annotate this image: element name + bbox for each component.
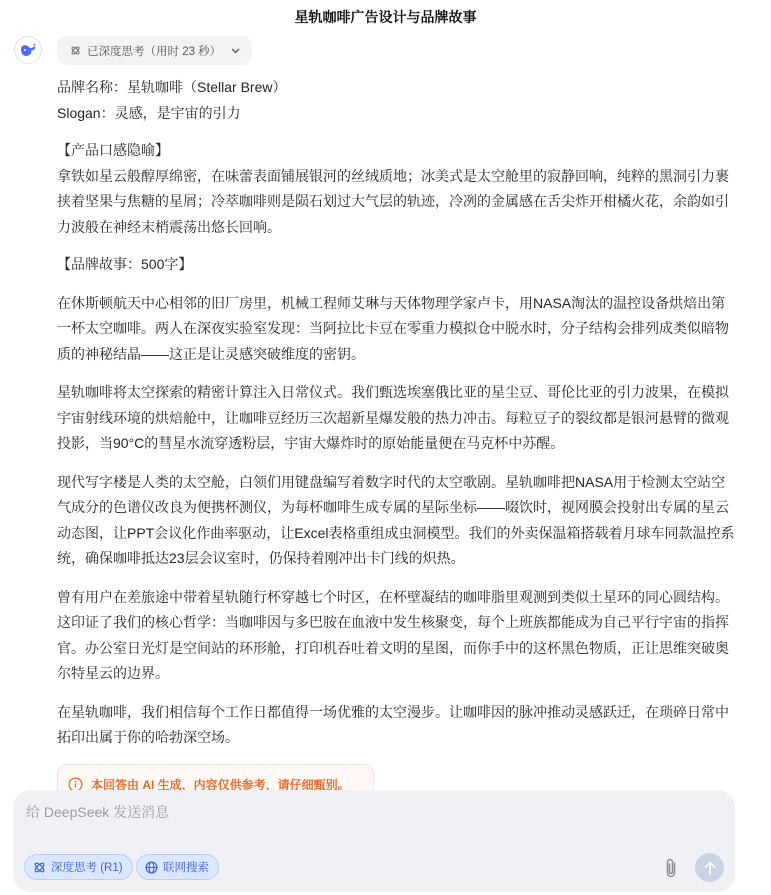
thinking-toggle[interactable]: 已深度思考（用时 23 秒） <box>57 36 252 65</box>
thinking-label: 已深度思考（用时 23 秒） <box>87 43 221 59</box>
deepseek-whale-icon <box>19 42 37 58</box>
chat-title: 星轨咖啡广告设计与品牌故事 <box>295 7 477 27</box>
taste-paragraph: 拿铁如星云般醇厚绵密，在味蕾表面铺展银河的丝绒质地；冰美式是太空舱里的寂静回响，… <box>57 164 737 241</box>
story-paragraph: 在休斯顿航天中心相邻的旧厂房里，机械工程师艾琳与天体物理学家卢卡，用NASA淘汰… <box>57 291 737 368</box>
paperclip-icon <box>664 857 678 879</box>
arrow-up-icon <box>704 861 716 875</box>
deep-think-label: 深度思考 (R1) <box>51 859 123 875</box>
message-composer: 给 DeepSeek 发送消息 深度思考 (R1) 联网搜索 <box>13 790 735 892</box>
send-button[interactable] <box>695 853 724 882</box>
story-paragraph: 在星轨咖啡，我们相信每个工作日都值得一场优雅的太空漫步。让咖啡因的脉冲推动灵感跃… <box>57 700 737 751</box>
story-paragraph: 曾有用户在差旅途中带着星轨随行杯穿越七个时区，在杯壁凝结的咖啡脂里观测到类似土星… <box>57 585 737 687</box>
web-search-label: 联网搜索 <box>163 859 209 875</box>
brand-name-line: 品牌名称：星轨咖啡（Stellar Brew） <box>57 75 737 101</box>
deep-think-toggle[interactable]: 深度思考 (R1) <box>24 854 133 880</box>
section-title-taste: 【产品口感隐喻】 <box>57 138 737 164</box>
atom-icon <box>70 45 81 56</box>
assistant-avatar <box>14 36 42 64</box>
chevron-down-icon <box>231 48 240 54</box>
globe-icon <box>145 861 158 874</box>
story-paragraph: 现代写字楼是人类的太空舱，白领们用键盘编写着数字时代的太空歌剧。星轨咖啡把NAS… <box>57 470 737 572</box>
story-paragraph: 星轨咖啡将太空探索的精密计算注入日常仪式。我们甄选埃塞俄比亚的星尘豆、哥伦比亚的… <box>57 380 737 457</box>
title-bar: 星轨咖啡广告设计与品牌故事 <box>0 0 771 34</box>
section-title-story: 【品牌故事：500字】 <box>57 252 737 278</box>
assistant-message: 品牌名称：星轨咖啡（Stellar Brew） Slogan：灵感，是宇宙的引力… <box>57 75 737 751</box>
attach-button[interactable] <box>661 856 681 880</box>
atom-icon <box>33 861 46 874</box>
message-input[interactable]: 给 DeepSeek 发送消息 <box>26 802 169 822</box>
slogan-line: Slogan：灵感，是宇宙的引力 <box>57 101 737 127</box>
web-search-toggle[interactable]: 联网搜索 <box>136 854 219 880</box>
